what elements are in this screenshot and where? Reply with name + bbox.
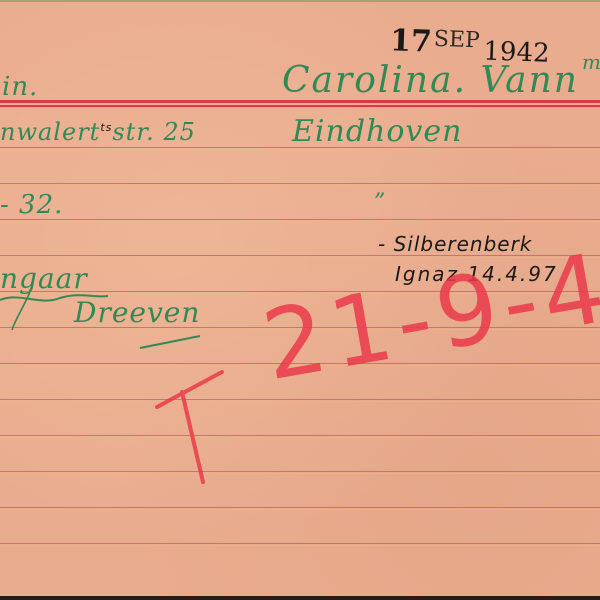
card-bottom-edge	[0, 596, 600, 600]
t-stem	[182, 392, 203, 482]
index-card: 17SEP1942 in. Carolina. Vann m nwalertts…	[0, 0, 600, 600]
t-crossbar	[157, 372, 222, 407]
